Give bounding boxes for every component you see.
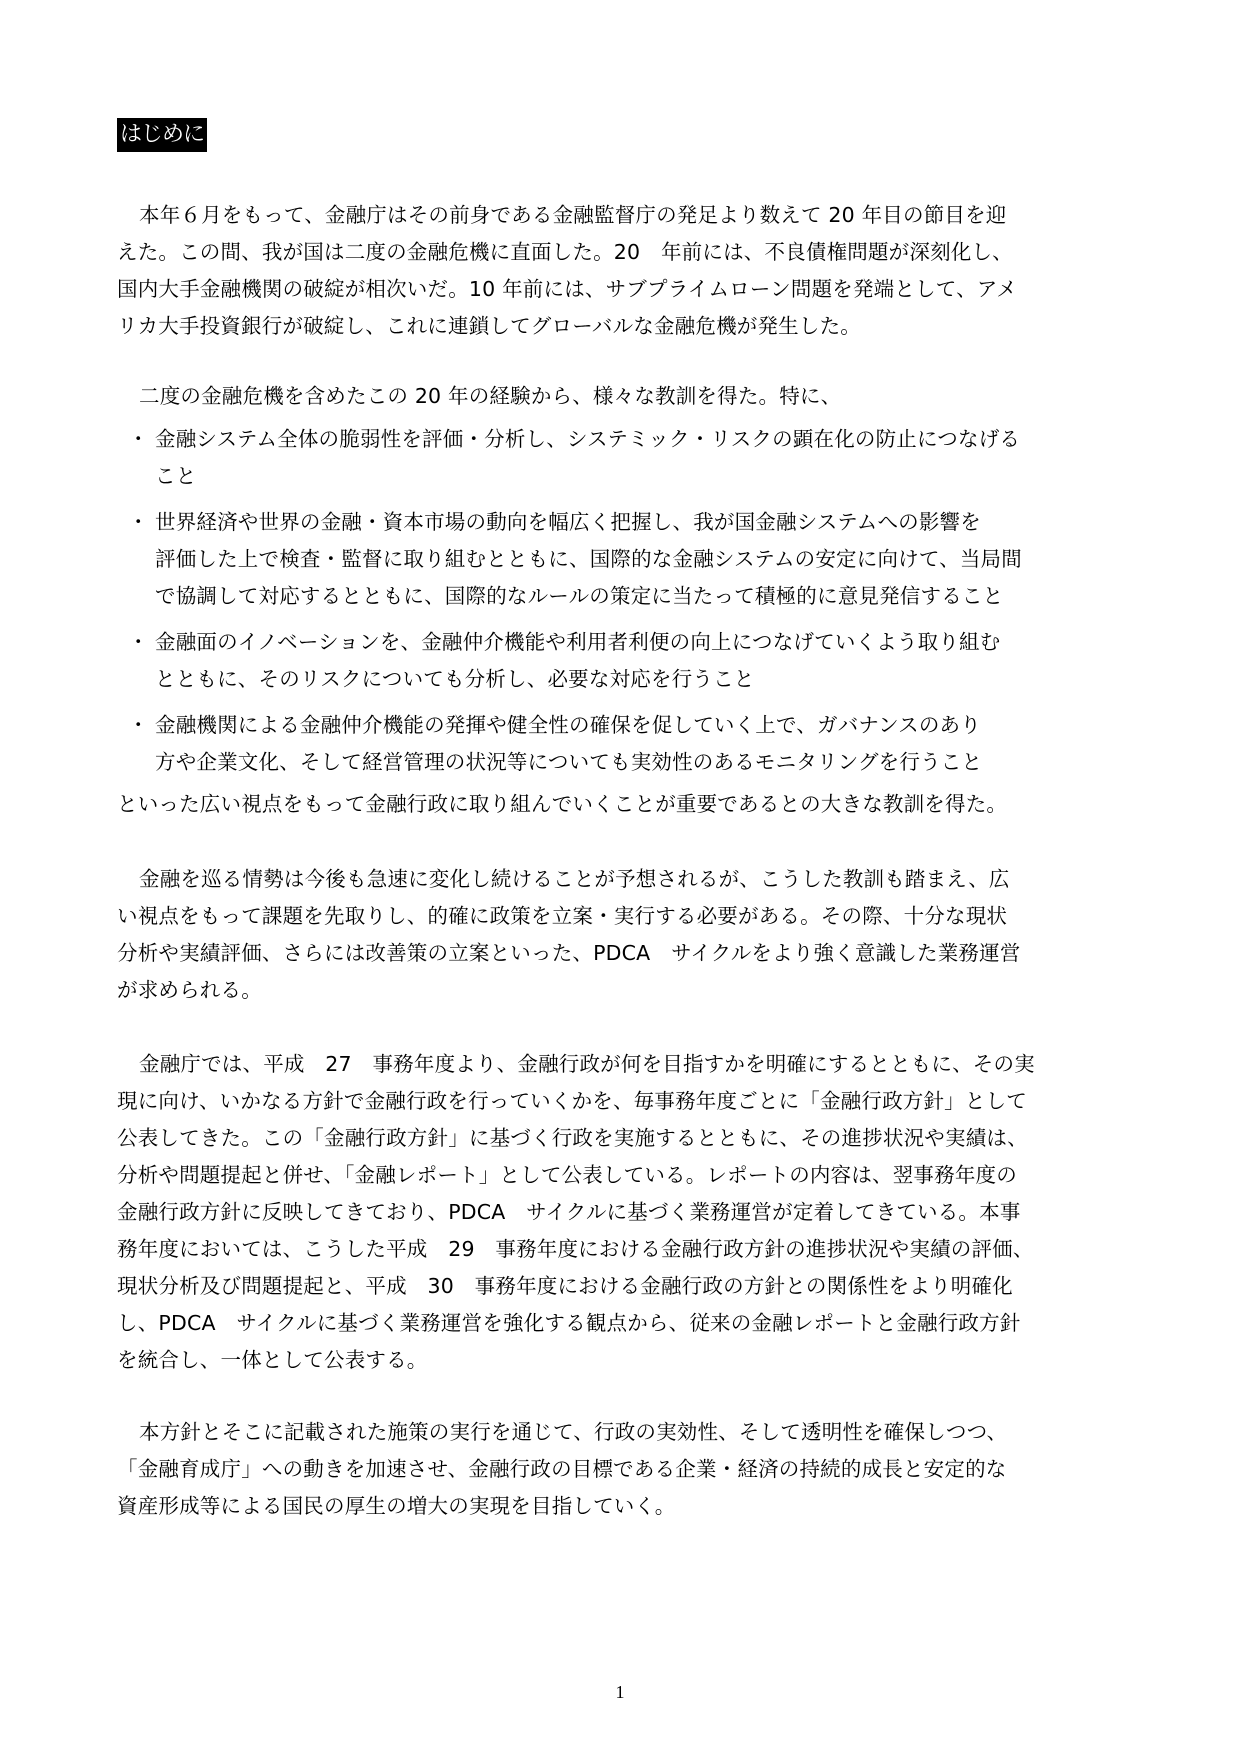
bullet-marker: ・: [128, 508, 149, 536]
paragraph-3-line-1: 金融を巡る情勢は今後も急速に変化し続けることが予想されるが、こうした教訓も踏まえ…: [139, 865, 1010, 893]
paragraph-4-line-8: し、PDCA サイクルに基づく業務運営を強化する観点から、従来の金融レポートと金…: [117, 1309, 1021, 1337]
bullet-4-line-2: 方や企業文化、そして経営管理の状況等についても実効性のあるモニタリングを行うこと: [155, 748, 982, 776]
paragraph-4-line-4: 分析や問題提起と併せ、「金融レポート」として公表している。レポートの内容は、翌事…: [117, 1161, 1017, 1189]
paragraph-1-line-4: リカ大手投資銀行が破綻し、これに連鎖してグローバルな金融危機が発生した。: [117, 312, 861, 340]
paragraph-4-line-7: 現状分析及び問題提起と、平成 30 事務年度における金融行政の方針との関係性をよ…: [117, 1272, 1013, 1300]
bullet-2-line-1: 世界経済や世界の金融・資本市場の動向を幅広く把握し、我が国金融システムへの影響を: [155, 508, 981, 536]
paragraph-2-line-1: 二度の金融危機を含めたこの 20 年の経験から、様々な教訓を得た。特に、: [139, 382, 841, 410]
paragraph-5-line-3: 資産形成等による国民の厚生の増大の実現を目指していく。: [117, 1492, 676, 1520]
paragraph-5-line-2: 「金融育成庁」への動きを加速させ、金融行政の目標である企業・経済の持続的成長と安…: [117, 1455, 1006, 1483]
bullet-2-line-3: で協調して対応するとともに、国際的なルールの策定に当たって積極的に意見発信するこ…: [155, 582, 1003, 610]
document-page: はじめに 本年６月をもって、金融庁はその前身である金融監督庁の発足より数えて 2…: [0, 0, 1240, 1755]
bullet-3-line-1: 金融面のイノベーションを、金融仲介機能や利用者利便の向上につなげていくよう取り組…: [155, 628, 1000, 656]
paragraph-1-line-1: 本年６月をもって、金融庁はその前身である金融監督庁の発足より数えて 20 年目の…: [139, 201, 1007, 229]
bullet-3-line-2: とともに、そのリスクについても分析し、必要な対応を行うこと: [155, 665, 754, 693]
paragraph-3-line-3: 分析や実績評価、さらには改善策の立案といった、PDCA サイクルをより強く意識し…: [117, 939, 1021, 967]
paragraph-4-line-1: 金融庁では、平成 27 事務年度より、金融行政が何を目指すかを明確にするとともに…: [139, 1050, 1035, 1078]
paragraph-1-line-2: えた。この間、我が国は二度の金融危機に直面した。20 年前には、不良債権問題が深…: [117, 238, 1013, 266]
bullet-marker: ・: [128, 711, 149, 739]
paragraph-4-line-3: 公表してきた。この「金融行政方針」に基づく行政を実施するとともに、その進捗状況や…: [117, 1124, 1028, 1152]
page-number: 1: [0, 1680, 1240, 1704]
bullets-conclusion: といった広い視点をもって金融行政に取り組んでいくことが重要であるとの大きな教訓を…: [117, 790, 1007, 818]
paragraph-3-line-2: い視点をもって課題を先取りし、的確に政策を立案・実行する必要がある。その際、十分…: [117, 902, 1007, 930]
paragraph-1-line-3: 国内大手金融機関の破綻が相次いだ。10 年前には、サブプライムローン問題を発端と…: [117, 275, 1017, 303]
bullet-2-line-2: 評価した上で検査・監督に取り組むとともに、国際的な金融システムの安定に向けて、当…: [155, 545, 1022, 573]
paragraph-3-line-4: が求められる。: [117, 976, 262, 1004]
bullet-1-line-2: こと: [155, 462, 196, 490]
paragraph-4-line-6: 務年度においては、こうした平成 29 事務年度における金融行政方針の進捗状況や実…: [117, 1235, 1034, 1263]
paragraph-4-line-5: 金融行政方針に反映してきており、PDCA サイクルに基づく業務運営が定着してきて…: [117, 1198, 1021, 1226]
bullet-marker: ・: [128, 628, 149, 656]
paragraph-4-line-9: を統合し、一体として公表する。: [117, 1346, 428, 1374]
paragraph-4-line-2: 現に向け、いかなる方針で金融行政を行っていくかを、毎事務年度ごとに「金融行政方針…: [117, 1087, 1027, 1115]
section-heading: はじめに: [117, 118, 207, 152]
bullet-1-line-1: 金融システム全体の脆弱性を評価・分析し、システミック・リスクの顕在化の防止につな…: [155, 425, 1020, 453]
bullet-marker: ・: [128, 425, 149, 453]
paragraph-5-line-1: 本方針とそこに記載された施策の実行を通じて、行政の実効性、そして透明性を確保しつ…: [139, 1418, 1007, 1446]
bullet-4-line-1: 金融機関による金融仲介機能の発揮や健全性の確保を促していく上で、ガバナンスのあり: [155, 711, 981, 739]
